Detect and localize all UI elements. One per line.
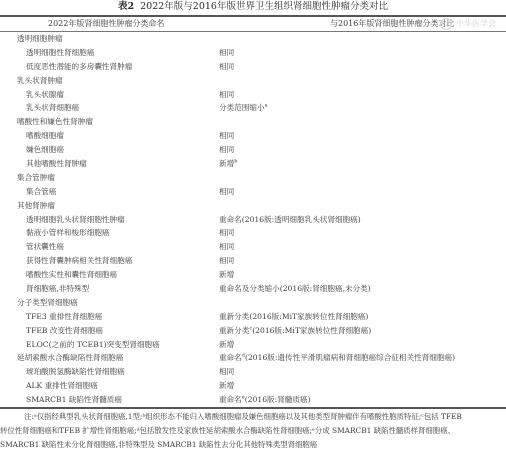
table-notes: 注:ᵃ仅指经典型乳头状肾细胞癌,1型;ᵇ组织形态不能归入嗜酸细胞瘤及嫌色细胞癌以… (0, 410, 506, 453)
comparison-text: 重新分类 (219, 326, 249, 335)
comparison-cell: 相同 (219, 226, 234, 240)
comparison-text: 新增 (219, 270, 234, 279)
tumor-name: 嗜酸细胞瘤 (26, 129, 64, 143)
comparison-text: 新增 (219, 381, 234, 390)
comparison-detail: (2016版:肾髓质癌) (245, 395, 311, 404)
comparison-text: 重命名(2016版:透明细胞乳头状肾细胞癌) (219, 215, 361, 224)
table-row: 透明细胞性肾细胞癌相同 (0, 46, 506, 60)
tumor-name: 透明细胞肿瘤 (17, 32, 63, 46)
footnote-marker: a (265, 103, 268, 109)
comparison-text: 新增 (219, 340, 234, 349)
tumor-name: TFEB 改变性肾细胞癌 (26, 324, 103, 338)
comparison-cell: 相同 (219, 88, 234, 102)
comparison-text: 相同 (219, 367, 234, 376)
table-row: 琥珀酸脱氢酶缺陷性肾细胞癌相同 (0, 365, 506, 379)
header-col-2022-name: 2022年版肾细胞性肿瘤分类命名 (48, 17, 164, 30)
comparison-text: 相同 (219, 90, 234, 99)
comparison-text: 重命名及分类缩小(2016版:肾细胞癌,未分类) (219, 284, 371, 293)
note-line: 注:ᵃ仅指经典型乳头状肾细胞癌,1型;ᵇ组织形态不能归入嗜酸细胞瘤及嫌色细胞癌以… (0, 410, 506, 424)
comparison-cell: 相同 (219, 365, 234, 379)
table-title: 2022年版与2016年版世界卫生组织肾细胞性肿瘤分类对比 (140, 1, 388, 12)
table-row: 透明细胞乳头状肾细胞性肿瘤重命名(2016版:透明细胞乳头状肾细胞癌) (0, 213, 506, 227)
tumor-name: 肾细胞癌,非特殊型 (26, 282, 89, 296)
table-row: 嫌色细胞癌相同 (0, 143, 506, 157)
comparison-text: 重命名 (219, 353, 242, 362)
comparison-cell: 相同 (219, 254, 234, 268)
comparison-detail: (2016版:遗传性平滑肌瘤病和肾细胞癌综合征相关性肾细胞癌) (245, 353, 455, 362)
table-row: 嗜酸细胞瘤相同 (0, 129, 506, 143)
comparison-cell: 重命名及分类缩小(2016版:肾细胞癌,未分类) (219, 282, 371, 296)
table-row: 乳头状肾细胞癌分类范围缩小a (0, 101, 506, 115)
comparison-cell: 相同 (219, 129, 234, 143)
tumor-name: 透明细胞乳头状肾细胞性肿瘤 (26, 213, 125, 227)
table-row: 乳头状腺瘤相同 (0, 88, 506, 102)
tumor-name: 其他嗜酸性肾肿瘤 (26, 157, 87, 171)
comparison-cell: 重新分类(2016版:MiT家族转位性肾细胞癌) (219, 310, 368, 324)
table-group-row: 延胡索酸水合酶缺陷性肾细胞癌重命名d(2016版:遗传性平滑肌瘤病和肾细胞癌综合… (0, 351, 506, 365)
table-caption: 表22022年版与2016年版世界卫生组织肾细胞性肿瘤分类对比 (0, 0, 506, 14)
table-row: SMARCB1 缺陷性肾髓质癌重命名e(2016版:肾髓质癌) (0, 393, 506, 407)
comparison-cell: 新增 (219, 268, 234, 282)
comparison-cell: 相同 (219, 46, 234, 60)
tumor-name: 管状囊性癌 (26, 240, 64, 254)
table-row: TFE3 重排性肾细胞癌重新分类(2016版:MiT家族转位性肾细胞癌) (0, 310, 506, 324)
comparison-cell: 相同 (219, 143, 234, 157)
comparison-text: 相同 (219, 131, 234, 140)
tumor-name: 嫌色细胞癌 (26, 143, 64, 157)
comparison-detail: (2016版:MiT家族转位性肾细胞癌) (252, 326, 371, 335)
watermark-text: 中华医学会 (456, 19, 496, 28)
tumor-name: 获得性肾囊肿病相关性肾细胞癌 (26, 254, 132, 268)
tumor-name: 延胡索酸水合酶缺陷性肾细胞癌 (17, 351, 123, 365)
comparison-cell: 相同 (219, 185, 234, 199)
tumor-name: TFE3 重排性肾细胞癌 (26, 310, 102, 324)
comparison-text: 新增 (219, 159, 234, 168)
note-line: SMARCB1 缺陷性未分化肾细胞癌,非特殊型及 SMARCB1 缺陷性去分化其… (0, 438, 506, 452)
tumor-name: 集合管肿瘤 (17, 171, 55, 185)
tumor-name: ELOC(之前的 TCEB1)突变型肾细胞癌 (26, 338, 160, 352)
watermark: 中华医学会 (440, 18, 496, 30)
tumor-name: 嗜酸性和嫌色性肾肿瘤 (17, 115, 93, 129)
table-row: ALK 重排性肾细胞癌新增 (0, 379, 506, 393)
comparison-cell: 重命名e(2016版:肾髓质癌) (219, 393, 311, 407)
note-line: 转位性肾细胞癌和TFEB 扩增性肾细胞癌;ᵈ包括散发性及家族性延胡索酸水合酶缺陷… (0, 424, 506, 438)
tumor-name: 嗜酸性实性和囊性肾细胞癌 (26, 268, 117, 282)
tumor-name: 乳头状腺瘤 (26, 88, 64, 102)
table-row: 黏液小管样和梭形细胞癌相同 (0, 226, 506, 240)
seal-icon (440, 18, 452, 30)
table-group-row: 分子类型肾细胞癌 (0, 296, 506, 310)
table-group-row: 乳头状肾肿瘤 (0, 74, 506, 88)
comparison-text: 相同 (219, 48, 234, 57)
comparison-text: 重新分类(2016版:MiT家族转位性肾细胞癌) (219, 312, 368, 321)
table-row: 肾细胞癌,非特殊型重命名及分类缩小(2016版:肾细胞癌,未分类) (0, 282, 506, 296)
tumor-name: 其他肾肿瘤 (17, 199, 55, 213)
table-group-row: 嗜酸性和嫌色性肾肿瘤 (0, 115, 506, 129)
comparison-text: 相同 (219, 242, 234, 251)
tumor-name: SMARCB1 缺陷性肾髓质癌 (26, 393, 122, 407)
comparison-cell: 分类范围缩小a (219, 101, 268, 115)
comparison-cell: 重命名(2016版:透明细胞乳头状肾细胞癌) (219, 213, 361, 227)
comparison-text: 重命名 (219, 395, 242, 404)
comparison-cell: 新增 (219, 379, 234, 393)
table-group-row: 集合管肿瘤 (0, 171, 506, 185)
comparison-text: 分类范围缩小 (219, 103, 265, 112)
comparison-text: 相同 (219, 187, 234, 196)
table-row: 管状囊性癌相同 (0, 240, 506, 254)
table-group-row: 透明细胞肿瘤 (0, 32, 506, 46)
comparison-cell: 重命名d(2016版:遗传性平滑肌瘤病和肾细胞癌综合征相关性肾细胞癌) (219, 351, 455, 365)
tumor-name: 乳头状肾细胞癌 (26, 101, 79, 115)
comparison-text: 相同 (219, 62, 234, 71)
comparison-cell: 相同 (219, 60, 234, 74)
comparison-text: 相同 (219, 228, 234, 237)
tumor-name: 琥珀酸脱氢酶缺陷性肾细胞癌 (26, 365, 125, 379)
table-body: 透明细胞肿瘤透明细胞性肾细胞癌相同低度恶性潜能的多房囊性肾肿瘤相同乳头状肾肿瘤乳… (0, 32, 506, 407)
tumor-name: 黏液小管样和梭形细胞癌 (26, 226, 110, 240)
comparison-cell: 重新分类c(2016版:MiT家族转位性肾细胞癌) (219, 324, 371, 338)
table-row: 嗜酸性实性和囊性肾细胞癌新增 (0, 268, 506, 282)
comparison-text: 相同 (219, 256, 234, 265)
table-row: TFEB 改变性肾细胞癌重新分类c(2016版:MiT家族转位性肾细胞癌) (0, 324, 506, 338)
tumor-name: 分子类型肾细胞癌 (17, 296, 78, 310)
table-label: 表2 (118, 1, 134, 12)
tumor-name: 集合管癌 (26, 185, 56, 199)
comparison-text: 相同 (219, 145, 234, 154)
table-row: 低度恶性潜能的多房囊性肾肿瘤相同 (0, 60, 506, 74)
table-row: 其他嗜酸性肾肿瘤新增b (0, 157, 506, 171)
table-row: 集合管癌相同 (0, 185, 506, 199)
comparison-cell: 新增b (219, 157, 237, 171)
bottom-rule (0, 407, 506, 409)
table-row: ELOC(之前的 TCEB1)突变型肾细胞癌新增 (0, 338, 506, 352)
table-row: 获得性肾囊肿病相关性肾细胞癌相同 (0, 254, 506, 268)
tumor-name: 透明细胞性肾细胞癌 (26, 46, 94, 60)
comparison-cell: 相同 (219, 240, 234, 254)
header-col-2016-comparison: 与2016年版肾细胞性肿瘤分类对比 (330, 17, 454, 30)
footnote-marker: b (234, 158, 237, 164)
tumor-name: ALK 重排性肾细胞癌 (26, 379, 98, 393)
comparison-cell: 新增 (219, 338, 234, 352)
table-header: 2022年版肾细胞性肿瘤分类命名 与2016年版肾细胞性肿瘤分类对比 (0, 17, 506, 30)
tumor-name: 低度恶性潜能的多房囊性肾肿瘤 (26, 60, 132, 74)
table-group-row: 其他肾肿瘤 (0, 199, 506, 213)
tumor-name: 乳头状肾肿瘤 (17, 74, 63, 88)
